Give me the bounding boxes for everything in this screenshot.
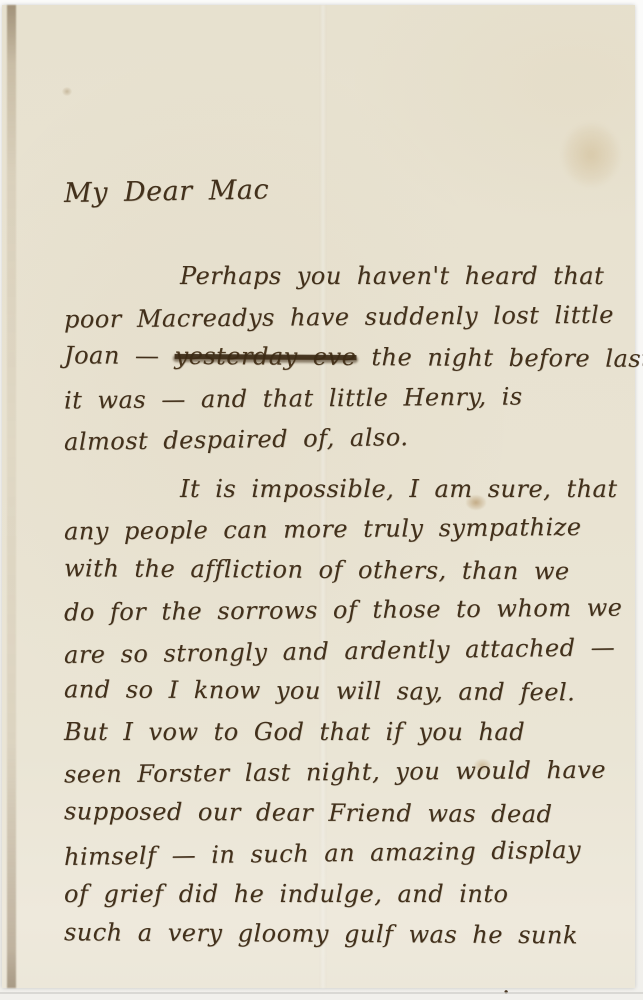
- letter-salutation: My Dear Mac: [64, 163, 635, 215]
- text-segment: such a very gloomy gulf was he sunk: [64, 918, 578, 949]
- letter-line: are so strongly and ardently attached —: [64, 627, 635, 675]
- text-segment: poor Macreadys have suddenly lost little: [64, 300, 614, 333]
- text-segment: But I vow to God that if you had: [64, 718, 525, 746]
- left-fold-crease: [7, 5, 16, 988]
- text-segment: do for the sorrows of those to whom we: [64, 594, 623, 627]
- text-segment: himself — in such an amazing display: [64, 836, 581, 871]
- stray-ink-dot: .: [502, 980, 510, 990]
- letter-line: of grief did he indulge, and into: [64, 874, 634, 915]
- letter-body: My Dear Mac Perhaps you haven't heard th…: [64, 168, 634, 955]
- letter-line: Joan — yesterday eve the night before la…: [64, 335, 634, 379]
- letter-line: Perhaps you haven't heard that: [64, 256, 634, 297]
- letter-paragraph: It is impossible, I am sure, thatany peo…: [64, 469, 634, 955]
- letter-line: it was — and that little Henry, is: [64, 375, 634, 420]
- text-segment: almost despaired of, also.: [64, 423, 409, 456]
- text-segment: supposed our dear Friend was dead: [64, 797, 553, 828]
- text-segment: Perhaps you haven't heard that: [180, 262, 604, 290]
- letter-line: almost despaired of, also.: [64, 414, 635, 462]
- text-segment: It is impossible, I am sure, that: [180, 475, 618, 503]
- letter-scan: My Dear Mac Perhaps you haven't heard th…: [0, 0, 643, 1000]
- text-segment: any people can more truly sympathize: [64, 513, 582, 546]
- letter-line: such a very gloomy gulf was he sunk: [64, 912, 634, 956]
- text-segment: seen Forster last night, you would have: [64, 756, 606, 789]
- letter-paper: My Dear Mac Perhaps you haven't heard th…: [2, 5, 635, 988]
- text-segment: with the affliction of others, than we: [64, 554, 570, 585]
- text-segment: it was — and that little Henry, is: [64, 382, 523, 414]
- letter-line: poor Macreadys have suddenly lost little: [64, 294, 634, 339]
- letter-line: and so I know you will say, and feel.: [64, 669, 634, 713]
- struck-out-text: yesterday eve: [175, 342, 357, 371]
- text-segment: are so strongly and ardently attached —: [64, 633, 615, 669]
- text-segment: the night before last,: [356, 343, 643, 373]
- text-segment: of grief did he indulge, and into: [64, 880, 508, 908]
- letter-line: do for the sorrows of those to whom we: [64, 588, 634, 633]
- letter-line: with the affliction of others, than we: [64, 548, 634, 592]
- letter-line: It is impossible, I am sure, that: [64, 469, 634, 510]
- letter-line: But I vow to God that if you had: [64, 712, 634, 753]
- letter-line: seen Forster last night, you would have: [64, 750, 634, 795]
- letter-line: supposed our dear Friend was dead: [64, 791, 634, 835]
- paper-stain: [62, 87, 72, 96]
- letter-line: himself — in such an amazing display: [64, 829, 635, 877]
- text-segment: Joan —: [64, 341, 175, 370]
- text-segment: and so I know you will say, and feel.: [64, 675, 575, 706]
- letter-line: any people can more truly sympathize: [64, 507, 634, 552]
- letter-paragraph: Perhaps you haven't heard thatpoor Macre…: [64, 256, 634, 459]
